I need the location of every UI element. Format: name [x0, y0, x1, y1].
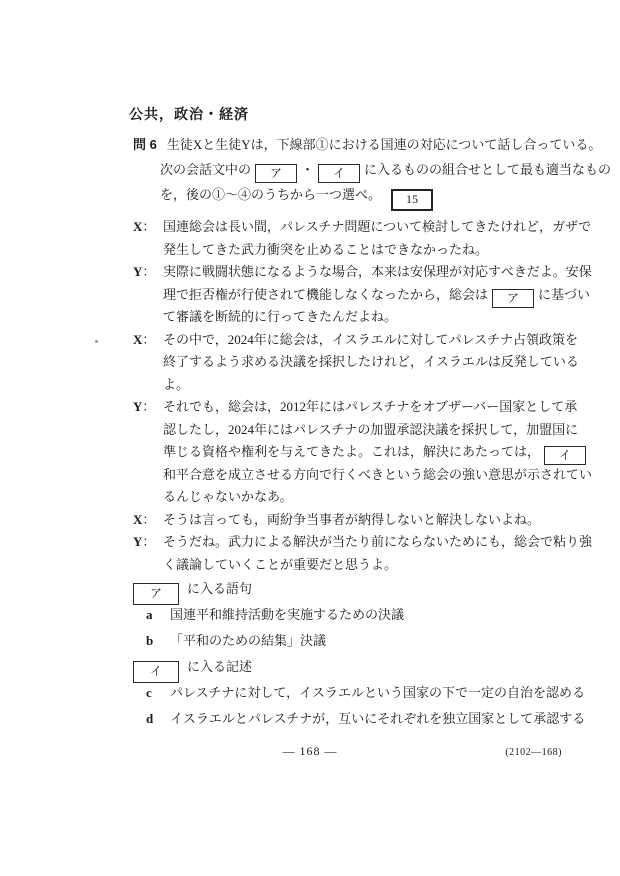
- option-text: 国連平和維持活動を実施するための決議: [170, 607, 404, 622]
- dialogue-line: X：その中で，2024年に総会は，イスラエルに対してパレスチナ占領政策を: [133, 329, 592, 352]
- option-text: パレスチナに対して，イスラエルという国家の下で一定の自治を認める: [170, 685, 585, 700]
- option-text: 「平和のための結集」決議: [170, 633, 326, 648]
- speaker-prefix: X：: [133, 216, 163, 239]
- blank-box-a: ア: [492, 289, 534, 308]
- question-number-label: 問 6: [133, 137, 157, 152]
- dialogue-line: X：国連総会は長い間，パレスチナ問題について検討してきたけれど，ガザで: [133, 216, 592, 239]
- speaker-label: Y: [133, 264, 142, 279]
- blank-box-i: イ: [544, 446, 586, 465]
- question-line: を，後の①～④のうちから一つ選べ。15: [160, 182, 611, 207]
- speaker-label: X: [133, 219, 142, 234]
- blank-box-a: ア: [133, 583, 179, 605]
- dialogue-line: Y：実際に戦闘状態になるような場合，本来は安保理が対応すべきだよ。安保: [133, 261, 592, 284]
- option-letter: d: [146, 707, 170, 731]
- choice-group-heading-text: に入る記述: [187, 659, 252, 674]
- dialogue-line: X：そうは言っても，両紛争当事者が納得しないと解決しないよね。: [133, 509, 592, 532]
- question-line: 問 6生徒Xと生徒Yは，下線部①における国連の対応について話し合っている。: [133, 132, 611, 157]
- choice-group-heading-text: に入る語句: [187, 581, 252, 596]
- scan-artifact-dot: [95, 340, 98, 343]
- question-line: 次の会話文中のア・イに入るものの組合せとして最も適当なもの: [160, 157, 611, 182]
- dialogue-line: 理で拒否権が行使されて機能しなくなったから，総会はアに基づい: [163, 284, 592, 307]
- choice-group-heading: アに入る語句: [133, 577, 404, 601]
- speaker-prefix: X：: [133, 329, 163, 352]
- speaker-label: Y: [133, 399, 142, 414]
- dialogue-line: よ。: [163, 374, 592, 397]
- speaker-prefix: Y：: [133, 261, 163, 284]
- option-letter: b: [146, 629, 170, 653]
- option-text: イスラエルとパレスチナが，互いにそれぞれを独立国家として承認する: [170, 711, 585, 726]
- choice-option: cパレスチナに対して，イスラエルという国家の下で一定の自治を認める: [133, 681, 585, 705]
- speaker-prefix: X：: [133, 509, 163, 532]
- dialogue-line: Y：そうだね。武力による解決が当たり前にならないためにも，総会で粘り強: [133, 531, 592, 554]
- dialogue-block: X：国連総会は長い間，パレスチナ問題について検討してきたけれど，ガザで発生してき…: [133, 216, 592, 576]
- choice-group-heading: イに入る記述: [133, 655, 585, 679]
- dialogue-line: 認したし，2024年にはパレスチナの加盟承認決議を採択して，加盟国に: [163, 419, 592, 442]
- choice-group: イに入る記述cパレスチナに対して，イスラエルという国家の下で一定の自治を認めるd…: [133, 655, 585, 731]
- dialogue-line: Y：それでも，総会は，2012年にはパレスチナをオブザーバー国家として承: [133, 396, 592, 419]
- page-title: 公共，政治・経済: [129, 104, 249, 124]
- blank-box-a: ア: [255, 164, 297, 183]
- dialogue-line: 終了するよう求める決議を採択したけれど，イスラエルは反発している: [163, 351, 592, 374]
- dialogue-line: 和平合意を成立させる方向で行くべきという総会の強い意思が示されてい: [163, 464, 592, 487]
- blank-box-i: イ: [318, 164, 360, 183]
- choice-group: アに入る語句a国連平和維持活動を実施するための決議b「平和のための結集」決議: [133, 577, 404, 653]
- option-letter: c: [146, 681, 170, 705]
- choice-option: b「平和のための結集」決議: [133, 629, 404, 653]
- answer-number-box: 15: [391, 189, 433, 211]
- speaker-label: Y: [133, 534, 142, 549]
- dialogue-line: く議論していくことが重要だと思うよ。: [163, 554, 592, 577]
- speaker-label: X: [133, 512, 142, 527]
- question-block: 問 6生徒Xと生徒Yは，下線部①における国連の対応について話し合っている。次の会…: [133, 132, 611, 207]
- speaker-prefix: Y：: [133, 531, 163, 554]
- dialogue-line: るんじゃないかなあ。: [163, 486, 592, 509]
- exam-page: 公共，政治・経済 問 6生徒Xと生徒Yは，下線部①における国連の対応について話し…: [0, 0, 620, 876]
- choice-option: dイスラエルとパレスチナが，互いにそれぞれを独立国家として承認する: [133, 707, 585, 731]
- blank-box-i: イ: [133, 661, 179, 683]
- dialogue-line: て審議を断続的に行ってきたんだよね。: [163, 306, 592, 329]
- dialogue-line: 発生してきた武力衝突を止めることはできなかったね。: [163, 239, 592, 262]
- print-code: (2102—168): [505, 747, 562, 758]
- dialogue-line: 準じる資格や権利を与えてきたよ。これは，解決にあたっては，イ: [163, 441, 592, 464]
- choice-option: a国連平和維持活動を実施するための決議: [133, 603, 404, 627]
- option-letter: a: [146, 603, 170, 627]
- speaker-prefix: Y：: [133, 396, 163, 419]
- speaker-label: X: [133, 332, 142, 347]
